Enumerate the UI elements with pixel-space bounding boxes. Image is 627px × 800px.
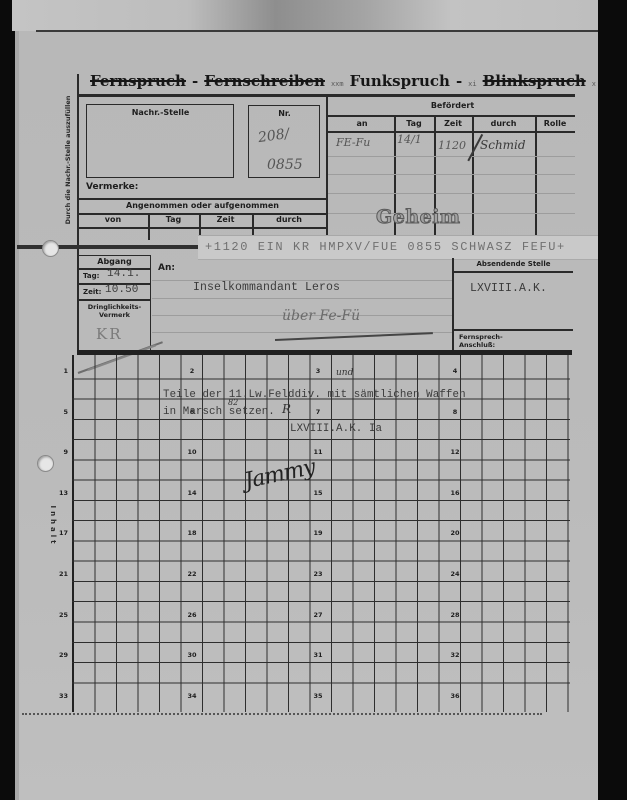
row-line (152, 298, 452, 299)
grid-label: 22 (184, 570, 200, 578)
dringlichkeit-value: KR (96, 325, 123, 343)
angenommen-col-zeit: Zeit (199, 215, 252, 224)
befoerdert-durch-signature: Schmid (480, 138, 526, 152)
grid-label: 34 (184, 692, 200, 700)
grid-label: 19 (310, 529, 326, 537)
grid-label: 29 (54, 651, 68, 659)
dringlichkeit-label: Dringlichkeits- (77, 303, 152, 311)
row-line (328, 174, 575, 175)
befoerdert-an-value: FE-Fu (336, 136, 370, 149)
handwritten-insert: und (336, 368, 353, 378)
befoerdert-zeit-value: 1120 (438, 139, 466, 152)
punch-hole (42, 240, 59, 257)
grid-label: 35 (310, 692, 326, 700)
fernsprech-label: Fernsprech- (459, 333, 503, 341)
nachr-stelle-label: Nachr.-Stelle (86, 108, 235, 117)
handwritten-82: 82 (228, 398, 238, 407)
perforation-line (22, 713, 542, 715)
geheim-stamp: Geheim (376, 206, 461, 228)
title-blinkspruch: Blinkspruch (483, 72, 586, 90)
rule-line (328, 131, 575, 133)
befoerdert-col-an: an (330, 119, 394, 128)
an-label: An: (158, 263, 175, 273)
typed-mark: xxm (331, 81, 344, 89)
handwritten-r-mark: R (282, 402, 291, 416)
grid-label: 12 (447, 448, 463, 456)
abgang-title: Abgang (77, 257, 152, 266)
befoerdert-title: Befördert (330, 101, 575, 110)
rule-line (452, 271, 573, 273)
typed-mark: x (592, 81, 596, 89)
grid-label: 33 (54, 692, 68, 700)
grid-label: 7 (310, 408, 326, 416)
grid-label: 13 (54, 489, 68, 497)
background-paper (12, 0, 598, 31)
grid-label: 16 (447, 489, 463, 497)
grid-label: 17 (54, 529, 68, 537)
teletype-text: +1120 EIN KR HMPXV/FUE 0855 SCHWASZ FEFU… (205, 240, 566, 254)
angenommen-col-durch: durch (252, 215, 326, 224)
rule-line (78, 227, 327, 229)
abgang-zeit-label: Zeit: (83, 288, 101, 296)
grid-label: 15 (310, 489, 326, 497)
grid-label: 10 (184, 448, 200, 456)
grid-label: 31 (310, 651, 326, 659)
absender-value: LXVIII.A.K. (470, 282, 547, 295)
message-line-2: in Marsch setzen. (163, 406, 275, 418)
an-routing-note: über Fe-Fü (282, 308, 360, 324)
message-line-3: LXVIII.A.K. Ia (290, 423, 382, 435)
col-line (148, 213, 150, 240)
dringlichkeit-label-2: Vermerk (77, 311, 152, 319)
angenommen-col-von: von (78, 215, 148, 224)
grid-label: 25 (54, 611, 68, 619)
befoerdert-col-tag: Tag (394, 119, 434, 128)
nr-label: Nr. (248, 109, 321, 118)
vermerke-label: Vermerke: (86, 182, 138, 192)
message-line-1: Teile der 11.Lw.Felddiv. mit sämtlichen … (163, 389, 466, 401)
rule-line (78, 299, 150, 301)
grid-label: 2 (184, 367, 200, 375)
grid-label: 21 (54, 570, 68, 578)
grid-label: 23 (310, 570, 326, 578)
grid-label: 18 (184, 529, 200, 537)
grid-label: 27 (310, 611, 326, 619)
rule-line (328, 115, 575, 117)
section-divider (326, 96, 328, 240)
grid-label: 9 (54, 448, 68, 456)
grid-label: 24 (447, 570, 463, 578)
grid-label: 3 (310, 367, 326, 375)
befoerdert-tag-value: 14/1 (397, 133, 422, 146)
abgang-zeit-value: 10.50 (105, 284, 139, 296)
grid-label: 8 (447, 408, 463, 416)
grid-label: 28 (447, 611, 463, 619)
title-fernschreiben: Fernschreiben (204, 72, 325, 90)
grid-label: 20 (447, 529, 463, 537)
sheet-top-edge (36, 30, 598, 32)
nr-value-line2: 0855 (267, 157, 303, 173)
row-line (328, 156, 575, 157)
row-line (328, 193, 575, 194)
grid-label: 26 (184, 611, 200, 619)
typed-mark: xi (468, 81, 476, 89)
befoerdert-col-durch: durch (472, 119, 535, 128)
an-recipient: Inselkommandant Leros (193, 281, 340, 294)
title-separator: - (456, 72, 462, 90)
title-separator: - (192, 72, 198, 90)
grid-label: 5 (54, 408, 68, 416)
title-funkspruch: Funkspruch (350, 72, 450, 90)
abgang-tag-label: Tag: (83, 272, 99, 280)
rule-line (452, 329, 573, 331)
angenommen-title: Angenommen oder aufgenommen (78, 201, 327, 210)
fernsprech-label-2: Anschluß: (459, 341, 495, 349)
befoerdert-col-zeit: Zeit (434, 119, 472, 128)
rule-line (78, 198, 327, 200)
sheet-edge (15, 31, 19, 800)
angenommen-col-tag: Tag (148, 215, 199, 224)
form-title: Fernspruch - Fernschreiben xxm Funkspruc… (90, 72, 596, 90)
grid-label: 1 (54, 367, 68, 375)
grid-label: 14 (184, 489, 200, 497)
inhalt-label: Inhalt (49, 501, 57, 551)
punch-hole (37, 455, 54, 472)
grid-label: 4 (447, 367, 463, 375)
side-note: Durch die Nachr.-Stelle auszufüllen (64, 90, 72, 230)
absender-label: Absendende Stelle (454, 260, 573, 268)
grid-label: 30 (184, 651, 200, 659)
title-fernspruch: Fernspruch (90, 72, 186, 90)
col-line (535, 116, 537, 240)
grid-label: 36 (447, 692, 463, 700)
abgang-tag-value: 14.1. (107, 268, 141, 280)
grid-label: 11 (310, 448, 326, 456)
grid-label: 32 (447, 651, 463, 659)
col-line (472, 116, 474, 240)
befoerdert-col-rolle: Rolle (535, 119, 575, 128)
